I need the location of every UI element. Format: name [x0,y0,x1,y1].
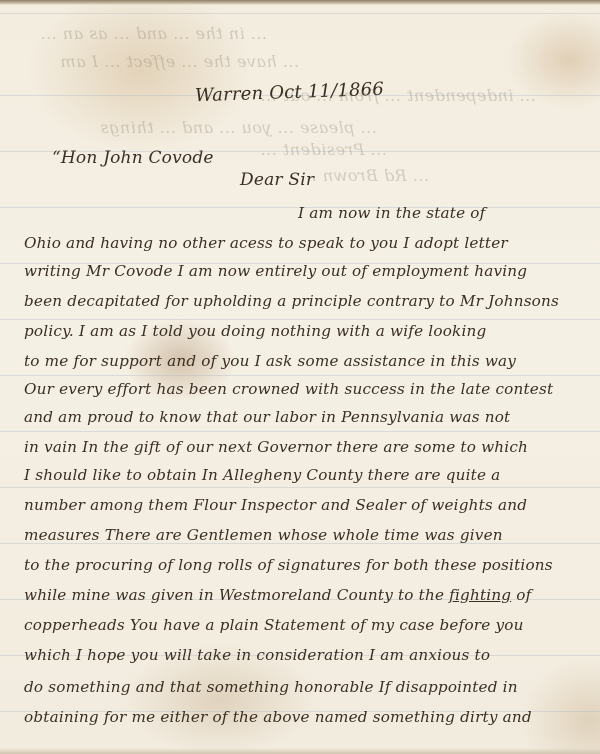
bleed-through-text: ... in the ... and ... as an ... [40,24,267,43]
letter-line: policy. I am as I told you doing nothing… [24,322,584,340]
paper-bottom-edge [0,748,600,754]
letter-line: to the procuring of long rolls of signat… [24,556,584,574]
salutation: Dear Sir [240,170,314,190]
bleed-through-text: ... please ... you ... and ... things [100,118,377,137]
letter-page: ... in the ... and ... as an ... ... hav… [0,0,600,754]
letter-line: while mine was given in Westmoreland Cou… [24,586,584,604]
letter-line: measures There are Gentlemen whose whole… [24,526,584,544]
bleed-through-text: ... Rd Brown ... [300,166,429,185]
letter-line: obtaining for me either of the above nam… [24,708,584,726]
bleed-through-text: ... have the ... effect ... I am [60,52,299,71]
letter-line: do something and that something honorabl… [24,678,584,696]
letter-line: I am now in the state of [298,204,588,222]
letter-line: Ohio and having no other acess to speak … [24,234,584,252]
paper-top-edge [0,0,600,5]
letter-line: number among them Flour Inspector and Se… [24,496,584,514]
letter-line: writing Mr Covode I am now entirely out … [24,262,584,280]
letter-line: been decapitated for upholding a princip… [24,292,584,310]
letter-line: and am proud to know that our labor in P… [24,408,584,426]
bleed-through-text: ... President ... [260,140,387,159]
addressee: “Hon John Covode [52,148,214,168]
letter-line: Our every effort has been crowned with s… [24,380,584,398]
letter-line: to me for support and of you I ask some … [24,352,584,370]
letter-line: copperheads You have a plain Statement o… [24,616,584,634]
letter-line: which I hope you will take in considerat… [24,646,584,664]
letter-line: I should like to obtain In Allegheny Cou… [24,466,584,484]
letter-line: in vain In the gift of our next Governor… [24,438,584,456]
ruled-lines [0,0,600,754]
underlined-word: fighting [449,586,511,604]
